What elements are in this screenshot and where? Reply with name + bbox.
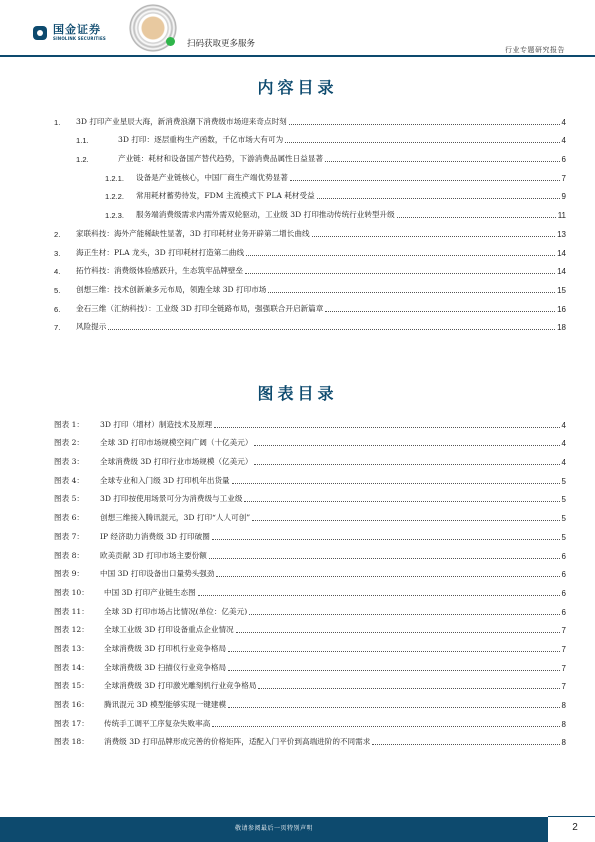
- brand-name-en: SINOLINK SECURITIES: [53, 37, 106, 41]
- contents-list: 1.3D 打印产业星辰大海，新消费浪潮下消费级市场迎来奇点时刻41.1.3D 打…: [54, 108, 566, 332]
- entry-number: 1.1.: [76, 136, 118, 145]
- entry-number: 图表 18：: [54, 736, 104, 747]
- entry-number: 图表 13：: [54, 643, 104, 654]
- entry-page: 4: [562, 439, 566, 448]
- entry-title: 设备是产业链核心，中国厂商生产端优势显著: [136, 172, 288, 183]
- entry-title: 腾讯混元 3D 模型能够实现一键建模: [104, 699, 226, 710]
- entry-page: 7: [562, 626, 566, 635]
- entry-number: 1.2.: [76, 155, 118, 164]
- dot-leader: [289, 124, 560, 125]
- entry-number: 图表 4：: [54, 475, 100, 486]
- entry-page: 15: [557, 286, 566, 295]
- entry-page: 4: [562, 136, 566, 145]
- brand-logo: 国金证券 SINOLINK SECURITIES: [33, 24, 106, 41]
- page-header: 国金证券 SINOLINK SECURITIES 扫码获取更多服务 行业专题研究…: [0, 0, 595, 56]
- entry-number: 6.: [54, 305, 76, 314]
- dot-leader: [325, 161, 560, 162]
- entry-number: 图表 9：: [54, 568, 100, 579]
- dot-leader: [216, 576, 559, 577]
- entry-number: 图表 10：: [54, 587, 104, 598]
- entry-number: 7.: [54, 323, 76, 332]
- entry-page: 4: [562, 421, 566, 430]
- entry-number: 1.2.3.: [105, 211, 136, 220]
- entry-number: 2.: [54, 230, 76, 239]
- dot-leader: [252, 520, 559, 521]
- figures-list: 图表 1：3D 打印（增材）制造技术及原理4图表 2：全球 3D 打印市场规模空…: [54, 411, 566, 747]
- figure-entry[interactable]: 图表 7：IP 经济助力消费级 3D 打印破圈5: [54, 523, 566, 542]
- dot-leader: [228, 651, 559, 652]
- entry-page: 7: [562, 174, 566, 183]
- entry-page: 8: [562, 701, 566, 710]
- qr-caption: 扫码获取更多服务: [187, 37, 255, 49]
- entry-page: 9: [562, 192, 566, 201]
- entry-page: 4: [562, 118, 566, 127]
- entry-title: 全球消费级 3D 打印机行业竞争格局: [104, 643, 226, 654]
- entry-title: 3D 打印：逐层重构生产函数，千亿市场大有可为: [118, 134, 283, 145]
- entry-page: 11: [558, 211, 566, 220]
- dot-leader: [245, 273, 555, 274]
- figure-entry[interactable]: 图表 11：全球 3D 打印市场占比情况(单位：亿美元)6: [54, 598, 566, 617]
- entry-page: 16: [557, 305, 566, 314]
- entry-title: 3D 打印（增材）制造技术及原理: [100, 419, 212, 430]
- entry-title: 风险提示: [76, 321, 106, 332]
- figure-entry[interactable]: 图表 17：传统手工调平工序复杂失败率高8: [54, 710, 566, 729]
- entry-title: 海正生材：PLA 龙头，3D 打印耗材打造第二曲线: [76, 247, 244, 258]
- logo-mark-icon: [33, 26, 47, 40]
- entry-title: 创想三维接入腾讯混元，3D 打印“人人可创”: [100, 512, 250, 523]
- entry-title: 常用耗材蓄势待发，FDM 主流模式下 PLA 耗材受益: [136, 190, 315, 201]
- dot-leader: [254, 445, 559, 446]
- figure-entry[interactable]: 图表 1：3D 打印（增材）制造技术及原理4: [54, 411, 566, 430]
- entry-title: 全球工业级 3D 打印设备重点企业情况: [104, 624, 234, 635]
- entry-page: 5: [562, 514, 566, 523]
- contents-title: 内容目录: [0, 75, 595, 98]
- figure-entry[interactable]: 图表 18：消费级 3D 打印品牌形成完善的价格矩阵，适配入门平价到高端进阶的不…: [54, 729, 566, 748]
- entry-page: 7: [562, 645, 566, 654]
- entry-title: 3D 打印按使用场景可分为消费级与工业级: [100, 493, 242, 504]
- dot-leader: [397, 217, 556, 218]
- entry-title: IP 经济助力消费级 3D 打印破圈: [100, 531, 210, 542]
- entry-number: 图表 14：: [54, 662, 104, 673]
- figure-entry[interactable]: 图表 2：全球 3D 打印市场规模空间广阔（十亿美元）4: [54, 430, 566, 449]
- entry-title: 服务端消费级需求内需外需双轮驱动，工业级 3D 打印推动传统行业转型升级: [136, 209, 395, 220]
- entry-page: 14: [557, 267, 566, 276]
- entry-title: 全球消费级 3D 打印行业市场规模（亿美元）: [100, 456, 252, 467]
- figure-entry[interactable]: 图表 6：创想三维接入腾讯混元，3D 打印“人人可创”5: [54, 504, 566, 523]
- entry-number: 5.: [54, 286, 76, 295]
- entry-page: 7: [562, 682, 566, 691]
- entry-page: 7: [562, 664, 566, 673]
- figure-entry[interactable]: 图表 9：中国 3D 打印设备出口量势头强劲6: [54, 561, 566, 580]
- figure-entry[interactable]: 图表 12：全球工业级 3D 打印设备重点企业情况7: [54, 617, 566, 636]
- entry-title: 产业链：耗材和设备国产替代趋势，下游消费品属性日益显著: [118, 153, 323, 164]
- entry-number: 图表 2：: [54, 437, 100, 448]
- dot-leader: [198, 595, 560, 596]
- toc-entry[interactable]: 1.2.1.设备是产业链核心，中国厂商生产端优势显著7: [54, 164, 566, 183]
- entry-page: 8: [562, 720, 566, 729]
- dot-leader: [317, 198, 560, 199]
- entry-number: 1.: [54, 118, 76, 127]
- header-divider: [0, 55, 595, 57]
- figure-entry[interactable]: 图表 3：全球消费级 3D 打印行业市场规模（亿美元）4: [54, 448, 566, 467]
- entry-title: 金石三维（汇纳科技）：工业级 3D 打印全链路布局，强强联合开启新篇章: [76, 303, 323, 314]
- dot-leader: [214, 427, 559, 428]
- brand-name-cn: 国金证券: [53, 24, 106, 35]
- dot-leader: [228, 707, 559, 708]
- dot-leader: [228, 670, 559, 671]
- entry-page: 4: [562, 458, 566, 467]
- toc-entry[interactable]: 1.2.产业链：耗材和设备国产替代趋势，下游消费品属性日益显著6: [54, 145, 566, 164]
- entry-number: 图表 8：: [54, 550, 100, 561]
- dot-leader: [249, 614, 559, 615]
- entry-page: 6: [562, 589, 566, 598]
- entry-title: 传统手工调平工序复杂失败率高: [104, 718, 210, 729]
- figure-entry[interactable]: 图表 8：欧美贡献 3D 打印市场主要份额6: [54, 542, 566, 561]
- entry-number: 3.: [54, 249, 76, 258]
- entry-title: 全球 3D 打印市场占比情况(单位：亿美元): [104, 606, 247, 617]
- entry-page: 6: [562, 608, 566, 617]
- toc-entry[interactable]: 4.拓竹科技：消费级体验感跃升，生态筑牢品牌壁垒14: [54, 258, 566, 277]
- dot-leader: [246, 255, 555, 256]
- entry-page: 6: [562, 570, 566, 579]
- entry-title: 家联科技：海外产能稀缺性显著，3D 打印耗材业务开辟第二增长曲线: [76, 228, 310, 239]
- entry-page: 13: [557, 230, 566, 239]
- figure-entry[interactable]: 图表 16：腾讯混元 3D 模型能够实现一键建模8: [54, 691, 566, 710]
- entry-page: 5: [562, 533, 566, 542]
- entry-number: 图表 3：: [54, 456, 100, 467]
- entry-page: 5: [562, 495, 566, 504]
- dot-leader: [268, 292, 555, 293]
- toc-entry[interactable]: 1.1.3D 打印：逐层重构生产函数，千亿市场大有可为4: [54, 127, 566, 146]
- toc-entry[interactable]: 5.创想三维：技术创新兼多元布局，领跑全球 3D 打印市场15: [54, 276, 566, 295]
- entry-title: 消费级 3D 打印品牌形成完善的价格矩阵，适配入门平价到高端进阶的不同需求: [104, 736, 370, 747]
- dot-leader: [258, 688, 559, 689]
- entry-number: 图表 15：: [54, 680, 104, 691]
- wechat-badge-icon: [166, 37, 175, 46]
- figure-entry[interactable]: 图表 15：全球消费级 3D 打印激光雕刻机行业竞争格局7: [54, 673, 566, 692]
- dot-leader: [212, 726, 559, 727]
- entry-title: 全球消费级 3D 打印激光雕刻机行业竞争格局: [104, 680, 256, 691]
- toc-entry[interactable]: 6.金石三维（汇纳科技）：工业级 3D 打印全链路布局，强强联合开启新篇章16: [54, 295, 566, 314]
- toc-entry[interactable]: 2.家联科技：海外产能稀缺性显著，3D 打印耗材业务开辟第二增长曲线13: [54, 220, 566, 239]
- entry-title: 中国 3D 打印设备出口量势头强劲: [100, 568, 214, 579]
- footer-divider: [548, 816, 595, 817]
- entry-title: 创想三维：技术创新兼多元布局，领跑全球 3D 打印市场: [76, 284, 266, 295]
- entry-number: 图表 16：: [54, 699, 104, 710]
- entry-number: 图表 17：: [54, 718, 104, 729]
- disclaimer-note: 敬请参阅最后一页特别声明: [0, 823, 548, 832]
- dot-leader: [244, 501, 559, 502]
- entry-title: 全球 3D 打印市场规模空间广阔（十亿美元）: [100, 437, 252, 448]
- dot-leader: [372, 744, 559, 745]
- entry-title: 全球专业和入门级 3D 打印机年出货量: [100, 475, 230, 486]
- dot-leader: [285, 142, 559, 143]
- entry-title: 全球消费级 3D 扫描仪行业竞争格局: [104, 662, 226, 673]
- dot-leader: [312, 236, 556, 237]
- entry-number: 图表 5：: [54, 493, 100, 504]
- entry-number: 图表 6：: [54, 512, 100, 523]
- toc-entry[interactable]: 7.风险提示18: [54, 314, 566, 333]
- entry-number: 1.2.1.: [105, 174, 136, 183]
- dot-leader: [232, 483, 560, 484]
- figures-title: 图表目录: [0, 381, 595, 404]
- figure-entry[interactable]: 图表 4：全球专业和入门级 3D 打印机年出货量5: [54, 467, 566, 486]
- entry-page: 18: [557, 323, 566, 332]
- dot-leader: [212, 539, 560, 540]
- entry-page: 8: [562, 738, 566, 747]
- dot-leader: [290, 180, 560, 181]
- figure-entry[interactable]: 图表 14：全球消费级 3D 扫描仪行业竞争格局7: [54, 654, 566, 673]
- entry-title: 中国 3D 打印产业链生态图: [104, 587, 196, 598]
- entry-page: 6: [562, 155, 566, 164]
- dot-leader: [209, 558, 560, 559]
- figure-entry[interactable]: 图表 13：全球消费级 3D 打印机行业竞争格局7: [54, 635, 566, 654]
- dot-leader: [236, 632, 560, 633]
- dot-leader: [108, 329, 555, 330]
- entry-title: 3D 打印产业星辰大海，新消费浪潮下消费级市场迎来奇点时刻: [76, 116, 287, 127]
- entry-title: 欧美贡献 3D 打印市场主要份额: [100, 550, 207, 561]
- entry-page: 6: [562, 552, 566, 561]
- entry-number: 图表 12：: [54, 624, 104, 635]
- figure-entry[interactable]: 图表 5：3D 打印按使用场景可分为消费级与工业级5: [54, 486, 566, 505]
- figure-entry[interactable]: 图表 10：中国 3D 打印产业链生态图6: [54, 579, 566, 598]
- entry-number: 图表 1：: [54, 419, 100, 430]
- page-number: 2: [560, 822, 590, 833]
- toc-entry[interactable]: 3.海正生材：PLA 龙头，3D 打印耗材打造第二曲线14: [54, 239, 566, 258]
- entry-page: 14: [557, 249, 566, 258]
- dot-leader: [254, 464, 559, 465]
- entry-number: 图表 11：: [54, 606, 104, 617]
- entry-page: 5: [562, 477, 566, 486]
- report-type: 行业专题研究报告: [505, 45, 565, 55]
- entry-number: 4.: [54, 267, 76, 276]
- toc-entry[interactable]: 1.3D 打印产业星辰大海，新消费浪潮下消费级市场迎来奇点时刻4: [54, 108, 566, 127]
- entry-title: 拓竹科技：消费级体验感跃升，生态筑牢品牌壁垒: [76, 265, 243, 276]
- entry-number: 1.2.2.: [105, 192, 136, 201]
- toc-entry[interactable]: 1.2.2.常用耗材蓄势待发，FDM 主流模式下 PLA 耗材受益9: [54, 183, 566, 202]
- dot-leader: [325, 311, 555, 312]
- toc-entry[interactable]: 1.2.3.服务端消费级需求内需外需双轮驱动，工业级 3D 打印推动传统行业转型…: [54, 201, 566, 220]
- entry-number: 图表 7：: [54, 531, 100, 542]
